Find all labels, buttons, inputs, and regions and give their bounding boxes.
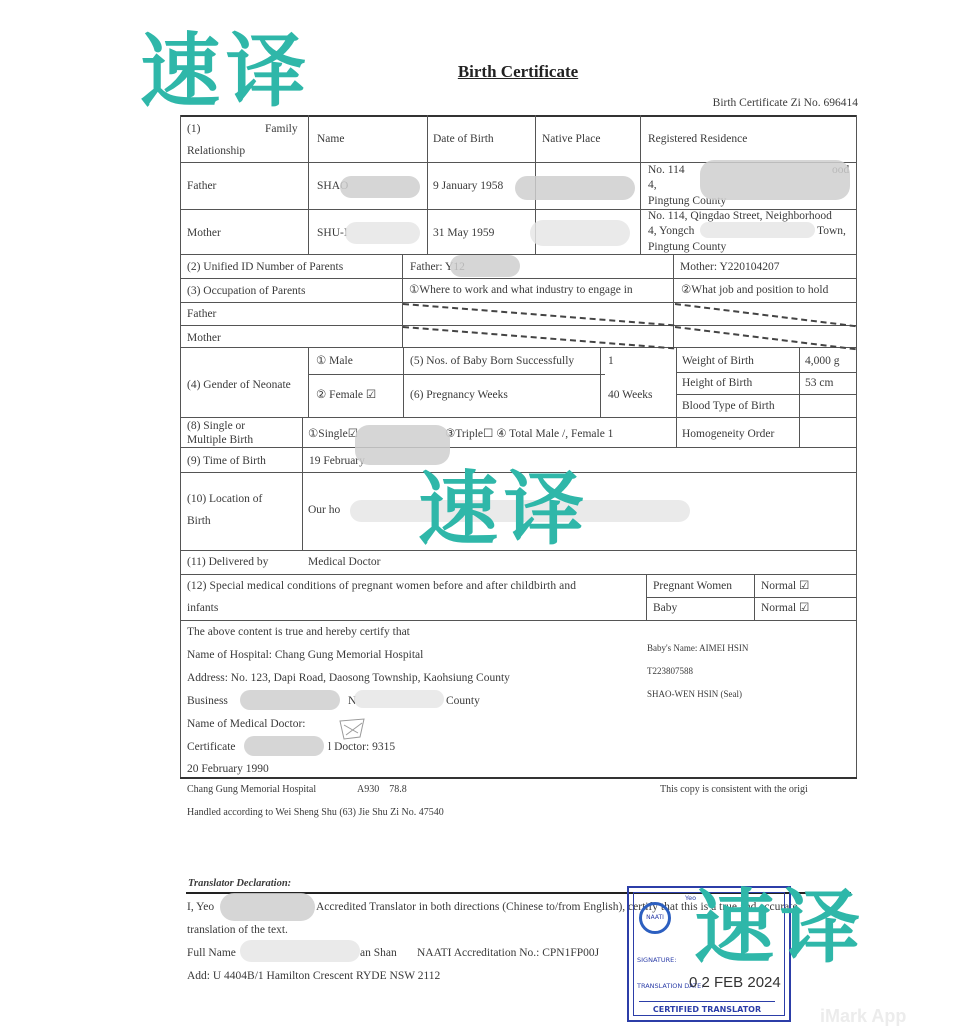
gender-female: ② Female ☑ xyxy=(316,388,376,403)
mother-id: Mother: Y220104207 xyxy=(680,260,780,275)
mother-dob: 31 May 1959 xyxy=(433,226,494,241)
father-residence-line1: No. 114 xyxy=(648,163,685,178)
header-relationship: Relationship xyxy=(187,144,245,159)
occupation-label: (3) Occupation of Parents xyxy=(187,284,305,299)
business-a: Business xyxy=(187,694,228,709)
location-label-b: Birth xyxy=(187,514,211,529)
height-label: Height of Birth xyxy=(682,376,752,391)
location-value: Our ho xyxy=(308,503,340,518)
delivered-label: (11) Delivered by xyxy=(187,555,268,570)
redaction-twin-time xyxy=(355,425,450,465)
doctor-name-label: Name of Medical Doctor: xyxy=(187,717,305,732)
stamp-date: 0 2 FEB 2024 xyxy=(689,974,781,991)
translator-naati: NAATI Accreditation No.: CPN1FP00J xyxy=(417,946,599,961)
special-label-b: infants xyxy=(187,601,218,616)
redaction-father-name xyxy=(340,176,420,198)
footer-consistent: This copy is consistent with the origi xyxy=(660,783,808,796)
redaction-business-a xyxy=(240,690,340,710)
mother-residence-line2: 4, Yongch xyxy=(648,224,694,239)
gender-male: ① Male xyxy=(316,354,353,369)
stamp-signature-label: SIGNATURE: xyxy=(637,956,676,964)
weight-value: 4,000 g xyxy=(805,354,840,369)
translator-address: Add: U 4404B/1 Hamilton Crescent RYDE NS… xyxy=(187,969,440,984)
baby-id: T223807588 xyxy=(647,666,693,678)
multiple-birth-single: ①Single☑ xyxy=(308,427,358,442)
relationship-father: Father xyxy=(187,179,216,194)
occupation-mother: Mother xyxy=(187,331,221,346)
baby-name: Baby's Name: AIMEI HSIN xyxy=(647,643,748,655)
father-residence-line2: 4, xyxy=(648,178,657,193)
header-dob: Date of Birth xyxy=(433,132,494,147)
certificate-number: Birth Certificate Zi No. 696414 xyxy=(713,97,858,109)
mother-residence-line3: Pingtung County xyxy=(648,240,726,255)
redaction-translator-name xyxy=(220,893,315,921)
multiple-birth-label-b: Multiple Birth xyxy=(187,433,253,448)
translator-name-a: Full Name xyxy=(187,946,236,961)
translator-heading: Translator Declaration: xyxy=(188,877,291,891)
ids-label: (2) Unified ID Number of Parents xyxy=(187,260,343,275)
seal-name: SHAO-WEN HSIN (Seal) xyxy=(647,689,742,701)
multiple-birth-options: ③Triple☐ ④ Total Male /, Female 1 xyxy=(445,427,613,442)
redaction-mother-residence xyxy=(700,222,815,238)
footer-code: A930 78.8 xyxy=(357,783,407,796)
pregnant-label: Pregnant Women xyxy=(653,579,732,594)
redaction-father-native xyxy=(515,176,635,200)
weeks-label: (6) Pregnancy Weeks xyxy=(410,388,508,403)
time-of-birth-label: (9) Time of Birth xyxy=(187,454,266,469)
certify-date: 20 February 1990 xyxy=(187,762,269,777)
header-residence: Registered Residence xyxy=(648,132,747,147)
redaction-mother-native xyxy=(530,220,630,246)
height-value: 53 cm xyxy=(805,376,833,391)
translator-line1-a: I, Yeo xyxy=(187,900,214,915)
multiple-birth-label-a: (8) Single or xyxy=(187,419,245,434)
delivered-value: Medical Doctor xyxy=(308,555,381,570)
redaction-father-residence xyxy=(700,160,850,200)
relationship-mother: Mother xyxy=(187,226,221,241)
weeks-value: 40 Weeks xyxy=(608,388,653,403)
header-relationship-family: Family xyxy=(265,122,298,137)
certify-intro: The above content is true and hereby cer… xyxy=(187,625,410,640)
business-c: County xyxy=(446,694,480,709)
watermark-top-left: 速译 xyxy=(140,32,312,112)
app-watermark: iMark App xyxy=(820,1006,906,1027)
stamp-certified: CERTIFIED TRANSLATOR xyxy=(639,1001,775,1014)
watermark-bottom-right: 速译 xyxy=(694,888,866,968)
born-label: (5) Nos. of Baby Born Successfully xyxy=(410,354,574,369)
hospital-address: Address: No. 123, Dapi Road, Daosong Tow… xyxy=(187,671,510,686)
naati-logo-icon: NAATI xyxy=(639,902,671,934)
weight-label: Weight of Birth xyxy=(682,354,754,369)
born-value: 1 xyxy=(608,354,614,369)
footer-handled: Handled according to Wei Sheng Shu (63) … xyxy=(187,806,444,819)
location-label-a: (10) Location of xyxy=(187,492,262,507)
baby-value: Normal ☑ xyxy=(761,601,809,616)
translator-name-b: an Shan xyxy=(360,946,397,961)
mother-residence-tail: Town, xyxy=(817,224,846,239)
header-native-place: Native Place xyxy=(542,132,600,147)
homogeneity-label: Homogeneity Order xyxy=(682,427,774,442)
watermark-center: 速译 xyxy=(418,470,590,550)
blood-label: Blood Type of Birth xyxy=(682,399,775,414)
footer-hospital: Chang Gung Memorial Hospital xyxy=(187,783,316,796)
mother-name: SHU-I xyxy=(317,226,348,241)
redaction-full-name xyxy=(240,940,360,962)
special-label-a: (12) Special medical conditions of pregn… xyxy=(187,579,576,594)
redaction-cert xyxy=(244,736,324,756)
signature-scribble-icon xyxy=(336,715,370,745)
redaction-mother-name xyxy=(345,222,420,244)
baby-label: Baby xyxy=(653,601,677,616)
redaction-father-id xyxy=(450,255,520,277)
occupation-father: Father xyxy=(187,307,216,322)
translator-line2: translation of the text. xyxy=(187,923,288,938)
redaction-business-b xyxy=(354,690,444,708)
gender-label: (4) Gender of Neonate xyxy=(187,378,291,393)
occupation-col-workplace: ①Where to work and what industry to enga… xyxy=(409,283,633,298)
occupation-col-position: ②What job and position to hold xyxy=(681,283,828,298)
header-relationship-num: (1) xyxy=(187,122,200,137)
pregnant-value: Normal ☑ xyxy=(761,579,809,594)
header-name: Name xyxy=(317,132,344,147)
father-dob: 9 January 1958 xyxy=(433,179,503,194)
doctor-cert-a: Certificate xyxy=(187,740,236,755)
hospital-name: Name of Hospital: Chang Gung Memorial Ho… xyxy=(187,648,423,663)
